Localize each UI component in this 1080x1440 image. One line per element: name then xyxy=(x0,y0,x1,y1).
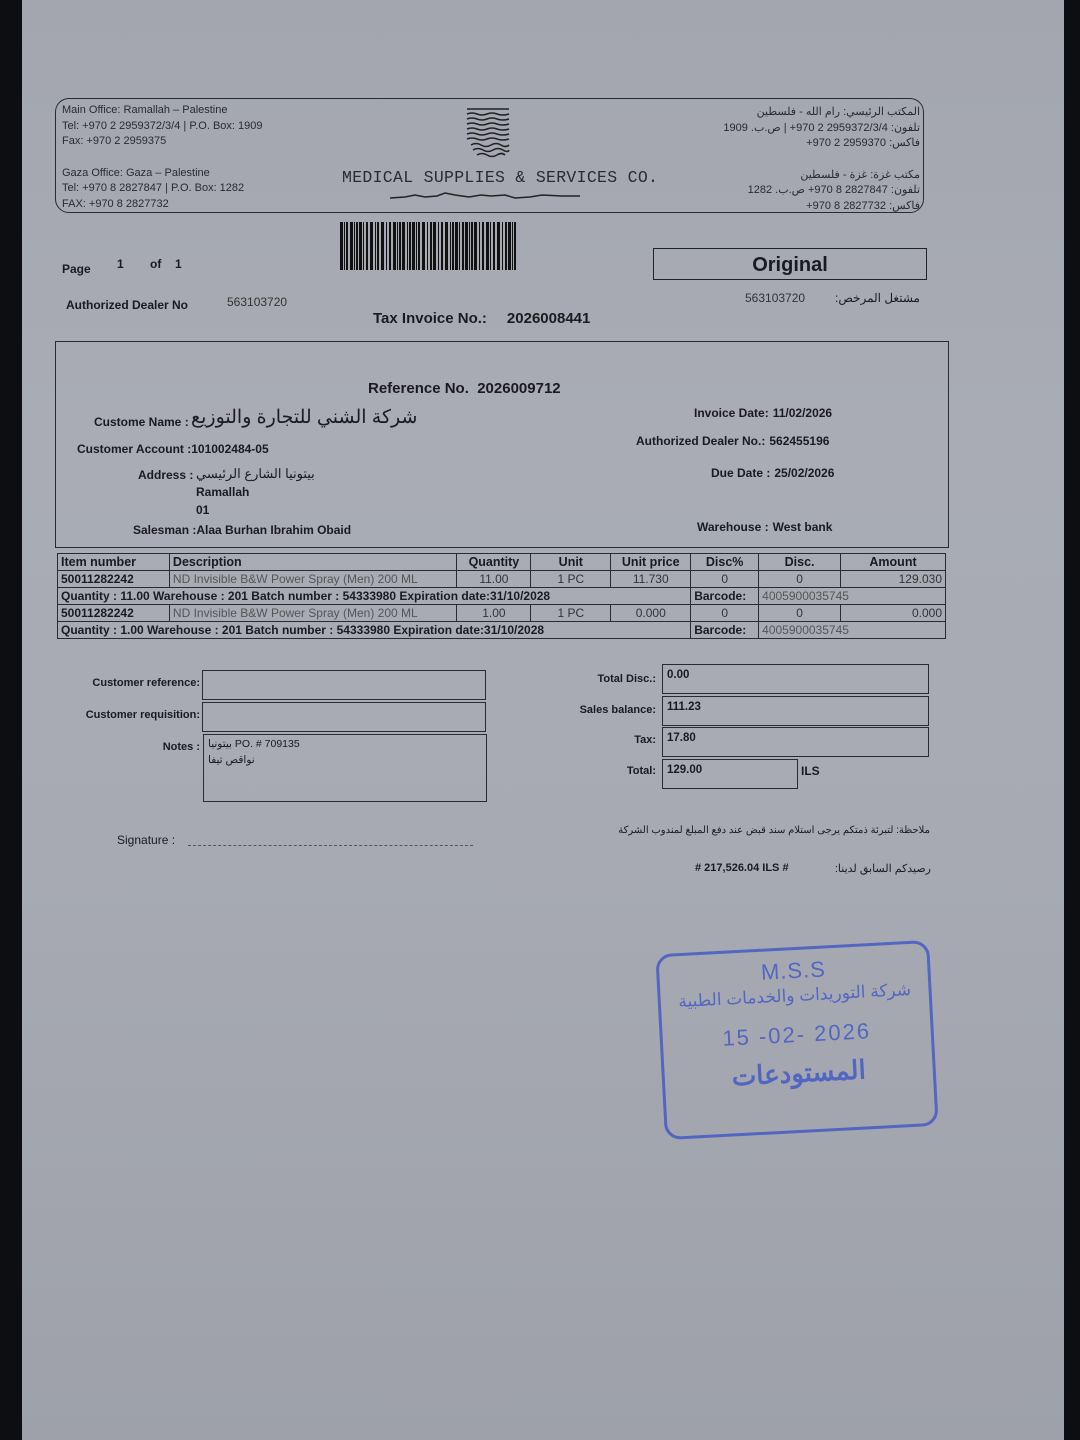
tax-invoice-value: 2026008441 xyxy=(507,310,590,327)
items-table: Item number Description Quantity Unit Un… xyxy=(57,553,946,639)
decorative-wave-line xyxy=(390,192,580,202)
main-office-fax: Fax: +970 2 2959375 xyxy=(62,134,263,150)
item-disc: 0 xyxy=(759,571,841,588)
sales-balance-label: Sales balance: xyxy=(526,704,656,716)
customer-account: Customer Account :101002484-05 xyxy=(77,442,269,456)
barcode-label: Barcode: xyxy=(691,588,759,605)
total-label: Total: xyxy=(526,765,656,777)
col-disc-pct: Disc% xyxy=(691,554,759,571)
address-line-3: 01 xyxy=(196,503,209,517)
col-unit: Unit xyxy=(531,554,611,571)
item-unit: 1 PC xyxy=(531,605,611,622)
previous-balance-value: # 217,526.04 ILS # xyxy=(695,862,789,874)
english-office-addresses: Main Office: Ramallah – Palestine Tel: +… xyxy=(62,103,263,212)
customer-requisition-field xyxy=(202,702,486,732)
gaza-office-title-ar: مكتب غزة: غزة - فلسطين xyxy=(723,168,920,184)
customer-name-value: شركة الشني للتجارة والتوزيع xyxy=(191,406,417,429)
item-number: 50011282242 xyxy=(58,605,170,622)
batch-row: Quantity : 1.00 Warehouse : 201 Batch nu… xyxy=(58,622,946,639)
barcode-value: 4005900035745 xyxy=(759,588,946,605)
notes-label: Notes : xyxy=(70,741,200,753)
previous-balance: # 217,526.04 ILS # رصيدكم السابق لدينا: xyxy=(695,862,931,874)
previous-balance-label-ar: رصيدكم السابق لدينا: xyxy=(835,862,931,875)
customer-auth-dealer-label: Authorized Dealer No.: xyxy=(636,434,765,448)
company-name: MEDICAL SUPPLIES & SERVICES CO. xyxy=(342,168,658,187)
tax-value: 17.80 xyxy=(663,728,928,748)
gaza-office-title: Gaza Office: Gaza – Palestine xyxy=(62,166,263,182)
due-date-label: Due Date : xyxy=(711,466,770,480)
batch-info: Quantity : 1.00 Warehouse : 201 Batch nu… xyxy=(58,622,691,639)
warehouse-label: Warehouse : xyxy=(697,520,769,534)
item-description: ND Invisible B&W Power Spray (Men) 200 M… xyxy=(169,605,457,622)
tax-label: Tax: xyxy=(526,734,656,746)
notes-line-2: نواقص تيفا xyxy=(204,754,272,770)
customer-account-label: Customer Account : xyxy=(77,442,191,456)
item-disc-pct: 0 xyxy=(691,571,759,588)
gaza-office-fax: FAX: +970 8 2827732 xyxy=(62,197,263,213)
item-disc: 0 xyxy=(759,605,841,622)
page-current: 1 xyxy=(117,257,124,271)
reference-value: 2026009712 xyxy=(477,380,560,397)
page-of: of xyxy=(150,257,161,271)
salesman: Salesman :Alaa Burhan Ibrahim Obaid xyxy=(133,523,351,537)
item-number: 50011282242 xyxy=(58,571,170,588)
authorized-dealer-label: Authorized Dealer No xyxy=(66,298,188,312)
item-unit-price: 11.730 xyxy=(611,571,691,588)
warehouse-value: West bank xyxy=(773,520,833,534)
item-quantity: 1.00 xyxy=(457,605,531,622)
main-office-title: Main Office: Ramallah – Palestine xyxy=(62,103,263,119)
wave-flag-logo-icon xyxy=(465,106,511,160)
authorized-dealer-value: 563103720 xyxy=(227,295,287,309)
signature-line xyxy=(188,845,473,846)
total-disc-value: 0.00 xyxy=(663,665,928,685)
customer-auth-dealer-value: 562455196 xyxy=(769,434,829,448)
main-office-fax-ar: فاكس: 2959370 2 970+ xyxy=(723,136,920,152)
notes-line-1: بيتونيا PO. # 709135 xyxy=(204,735,486,754)
item-amount: 0.000 xyxy=(841,605,946,622)
items-header-row: Item number Description Quantity Unit Un… xyxy=(58,554,946,571)
signature-label: Signature : xyxy=(117,833,175,847)
table-row: 50011282242 ND Invisible B&W Power Spray… xyxy=(58,571,946,588)
batch-info: Quantity : 11.00 Warehouse : 201 Batch n… xyxy=(58,588,691,605)
due-date: Due Date : 25/02/2026 xyxy=(711,466,834,480)
authorized-dealer-ar-label: مشتغل المرخص: xyxy=(835,291,920,305)
col-item-number: Item number xyxy=(58,554,170,571)
salesman-label: Salesman : xyxy=(133,523,196,537)
copy-type-badge: Original xyxy=(653,248,927,280)
customer-reference-field xyxy=(202,670,486,700)
authorized-dealer-ar-value: 563103720 xyxy=(745,291,805,305)
gaza-office-tel: Tel: +970 8 2827847 | P.O. Box: 1282 xyxy=(62,181,263,197)
invoice-date-label: Invoice Date: xyxy=(694,406,769,420)
warehouse: Warehouse : West bank xyxy=(697,520,832,534)
customer-name-label: Custome Name : xyxy=(94,415,189,429)
total-value: 129.00 xyxy=(663,760,797,780)
customer-requisition-label: Customer requisition: xyxy=(70,709,200,721)
total-field: 129.00 xyxy=(662,759,798,789)
warehouse-stamp: M.S.S شركة التوريدات والخدمات الطبية 15 … xyxy=(655,940,938,1140)
total-disc-label: Total Disc.: xyxy=(526,673,656,685)
col-amount: Amount xyxy=(841,554,946,571)
item-description: ND Invisible B&W Power Spray (Men) 200 M… xyxy=(169,571,457,588)
reference-label: Reference No. xyxy=(368,380,469,397)
sales-balance-field: 111.23 xyxy=(662,696,929,726)
invoice-date-value: 11/02/2026 xyxy=(773,406,832,420)
page-total: 1 xyxy=(175,257,182,271)
address-line-2: Ramallah xyxy=(196,485,249,499)
main-office-tel: Tel: +970 2 2959372/3/4 | P.O. Box: 1909 xyxy=(62,119,263,135)
customer-authorized-dealer: Authorized Dealer No.: 562455196 xyxy=(636,434,829,448)
due-date-value: 25/02/2026 xyxy=(774,466,834,480)
salesman-value: Alaa Burhan Ibrahim Obaid xyxy=(196,523,351,537)
item-quantity: 11.00 xyxy=(457,571,531,588)
col-disc: Disc. xyxy=(759,554,841,571)
barcode-value: 4005900035745 xyxy=(759,622,946,639)
address-label: Address : xyxy=(138,468,193,482)
stamp-department-ar: المستودعات xyxy=(664,1051,933,1096)
tax-invoice-label: Tax Invoice No.: xyxy=(373,310,487,327)
main-office-tel-ar: تلفون: 2959372/3/4 2 970+ | ص.ب. 1909 xyxy=(723,121,920,137)
address-line-1: بيتونيا الشارع الرئيسي xyxy=(196,466,315,482)
batch-row: Quantity : 11.00 Warehouse : 201 Batch n… xyxy=(58,588,946,605)
gaza-office-fax-ar: فاكس: 2827732 8 970+ xyxy=(723,199,920,215)
item-amount: 129.030 xyxy=(841,571,946,588)
page-label: Page xyxy=(62,262,91,276)
barcode-label: Barcode: xyxy=(691,622,759,639)
stamp-date: 15 -02- 2026 xyxy=(662,1015,931,1055)
customer-account-value: 101002484-05 xyxy=(191,442,268,456)
item-unit-price: 0.000 xyxy=(611,605,691,622)
tax-invoice-number: Tax Invoice No.:2026008441 xyxy=(373,310,590,327)
invoice-date: Invoice Date: 11/02/2026 xyxy=(694,406,832,420)
customer-reference-label: Customer reference: xyxy=(70,677,200,689)
sales-balance-value: 111.23 xyxy=(663,697,928,717)
barcode-icon xyxy=(340,222,518,270)
main-office-title-ar: المكتب الرئيسي: رام الله - فلسطين xyxy=(723,105,920,121)
payment-note-ar: ملاحظة: لتبرئة ذمتكم يرجى استلام سند قبض… xyxy=(612,825,930,836)
tax-field: 17.80 xyxy=(662,727,929,757)
table-row: 50011282242 ND Invisible B&W Power Spray… xyxy=(58,605,946,622)
arabic-office-addresses: المكتب الرئيسي: رام الله - فلسطين تلفون:… xyxy=(723,105,920,214)
col-quantity: Quantity xyxy=(457,554,531,571)
total-disc-field: 0.00 xyxy=(662,664,929,694)
col-unit-price: Unit price xyxy=(611,554,691,571)
item-unit: 1 PC xyxy=(531,571,611,588)
col-description: Description xyxy=(169,554,457,571)
currency-label: ILS xyxy=(801,764,820,778)
item-disc-pct: 0 xyxy=(691,605,759,622)
notes-field: بيتونيا PO. # 709135 نواقص تيفا xyxy=(203,734,487,802)
reference-number: Reference No. 2026009712 xyxy=(368,380,561,397)
gaza-office-tel-ar: تلفون: 2827847 8 970+ ص.ب. 1282 xyxy=(723,183,920,199)
